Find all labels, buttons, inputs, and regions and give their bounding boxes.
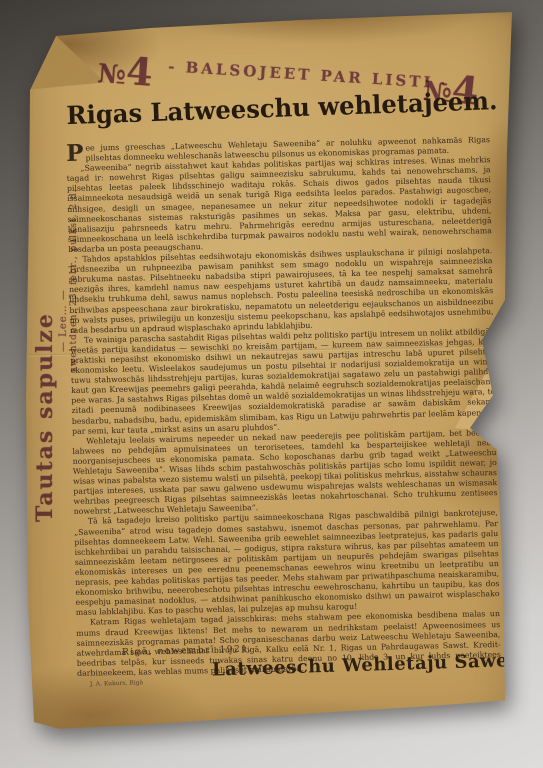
document-title: Rigas Latweeschu wehletajeem. bbox=[66, 87, 474, 130]
meeting-stamp: Tautas sapulze — Lee… — swehtdeen, 23. f… bbox=[32, 182, 79, 522]
ballot-number-stamp-left: №4 bbox=[96, 46, 154, 95]
number-symbol: № bbox=[97, 59, 127, 91]
printer-imprint: J. A. Kukurs, Rigā bbox=[90, 679, 143, 687]
intro-dropcap: P bbox=[66, 144, 86, 163]
paragraph-5: Wehletaju leelais wairums nepeeder un ne… bbox=[72, 428, 498, 518]
document-body: Pee jums greeschas „Latweeschu Wehletaju… bbox=[66, 135, 501, 679]
paper-shadow: №4 - BALSOJEET PAR LISTI - №4 Rigas Latw… bbox=[20, 8, 520, 736]
paragraph-3: Tahdos apstahklos pilsehtas eedsihwotaju… bbox=[68, 246, 494, 336]
paragraph-4: Te wainiga parascha sastahdit Rigas pils… bbox=[70, 327, 496, 437]
paragraph-6: Tā kā tagadejo kreiso politisko partiju … bbox=[74, 509, 500, 619]
meeting-stamp-main: Tautas sapulze bbox=[32, 182, 58, 522]
meeting-stamp-detail-2: swehtdeen, 23. febr., pulkst. 2 d. bbox=[69, 182, 79, 372]
ballot-slogan-stamp: - BALSOJEET PAR LISTI - bbox=[168, 57, 452, 92]
number-digit: 4 bbox=[125, 48, 155, 95]
paragraph-2: „Saweeniba“ negrib aisstahwet kaut kahda… bbox=[66, 155, 492, 255]
meeting-stamp-detail-1: — Lee… — bbox=[58, 182, 69, 352]
photo-background: №4 - BALSOJEET PAR LISTI - №4 Rigas Latw… bbox=[0, 0, 543, 768]
paper: №4 - BALSOJEET PAR LISTI - №4 Rigas Latw… bbox=[20, 8, 520, 736]
